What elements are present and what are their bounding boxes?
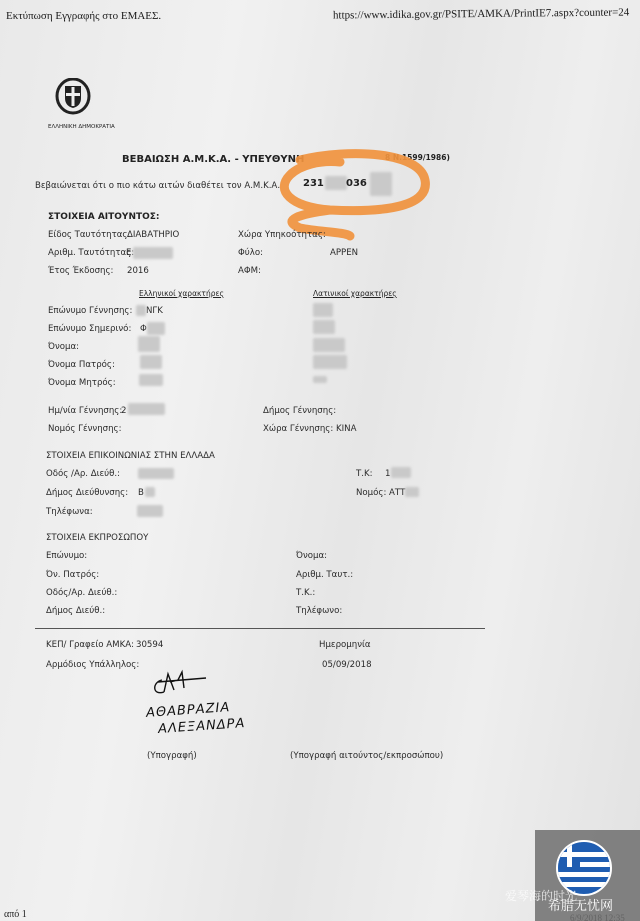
gender-value: ΑΡΡΕΝ — [330, 248, 358, 258]
document-title: ΒΕΒΑΙΩΣΗ Α.Μ.Κ.Α. - ΥΠΕΥΘΥΝΗ — [122, 154, 304, 165]
date-label: Ημερομηνία — [319, 640, 371, 650]
citizenship-label: Χώρα Υπηκοότητας: — [238, 230, 326, 240]
address-municipality-label: Δήμος Διεύθυνσης: — [46, 488, 128, 498]
first-name-label: Όνομα: — [48, 342, 79, 352]
rep-name-label: Όνομα: — [296, 551, 327, 561]
id-type-label: Είδος Ταυτότητας: — [48, 230, 130, 240]
issue-year-label: Έτος Έκδοσης: — [48, 266, 113, 276]
id-number-label: Αριθμ. Ταυτότητας: — [48, 248, 134, 258]
emblem-caption: ΕΛΛΗΝΙΚΗ ΔΗΜΟΚΡΑΤΙΑ — [48, 124, 115, 130]
id-number-value: E — [126, 248, 131, 258]
signature-label: (Υπογραφή) — [147, 751, 197, 761]
official-label: Αρμόδιος Υπάλληλος: — [46, 660, 139, 670]
amka-label: Βεβαιώνεται ότι ο πιο κάτω αιτών διαθέτε… — [35, 181, 280, 191]
birth-country-label: Χώρα Γέννησης: — [263, 424, 333, 434]
birth-surname-label: Επώνυμο Γέννησης: — [48, 306, 132, 316]
rep-postal-label: Τ.Κ.: — [296, 588, 315, 598]
representative-heading: ΣΤΟΙΧΕΙΑ ΕΚΠΡΟΣΩΠΟΥ — [46, 533, 148, 543]
postal-label: Τ.Κ: — [356, 469, 373, 479]
father-name-label: Όνομα Πατρός: — [48, 360, 115, 370]
print-header-url: https://www.idika.gov.gr/PSITE/AMKA/Prin… — [333, 6, 629, 21]
applicant-signature-label: (Υπογραφή αιτούντος/εκπροσώπου) — [290, 751, 443, 761]
address-municipality-value: Β — [138, 488, 144, 498]
postal-value: 1 — [385, 469, 390, 479]
rep-id-label: Αριθμ. Ταυτ.: — [296, 570, 353, 580]
watermark-text: 希腊无忧网 — [548, 895, 613, 914]
greek-chars-header: Ελληνικοί χαρακτήρες — [139, 289, 224, 298]
gender-label: Φύλο: — [238, 248, 263, 258]
amka-value-end: 036 — [346, 178, 367, 189]
current-surname-label: Επώνυμο Σημερινό: — [48, 324, 131, 334]
applicant-heading: ΣΤΟΙΧΕΙΑ ΑΙΤΟΥΝΤΟΣ: — [48, 212, 160, 222]
rep-street-label: Οδός/Αρ. Διεύθ.: — [46, 588, 117, 598]
rep-father-label: Όν. Πατρός: — [46, 570, 99, 580]
page-number: από 1 — [4, 909, 27, 920]
birth-prefecture-label: Νομός Γέννησης: — [48, 424, 122, 434]
birth-surname-greek: ΝΓΚ — [146, 306, 163, 316]
divider — [35, 628, 485, 629]
mother-name-label: Όνομα Μητρός: — [48, 378, 116, 388]
birth-country-value: ΚΙΝΑ — [336, 424, 356, 434]
address-prefecture-label: Νομός: — [356, 488, 386, 498]
id-type-value: ΔΙΑΒΑΤΗΡΙΟ — [127, 230, 179, 240]
current-surname-greek: Φ — [140, 324, 147, 334]
afm-label: ΑΦΜ: — [238, 266, 261, 276]
rep-phone-label: Τηλέφωνο: — [296, 606, 342, 616]
street-label: Οδός /Αρ. Διεύθ.: — [46, 469, 120, 479]
signature-scribble-icon — [150, 668, 210, 698]
greek-emblem-icon — [55, 78, 91, 118]
birth-date-label: Ημ/νία Γέννησης: — [48, 406, 122, 416]
phones-label: Τηλέφωνα: — [46, 507, 93, 517]
office-label: ΚΕΠ/ Γραφείο ΑΜΚΑ: — [46, 640, 134, 650]
birth-municipality-label: Δήμος Γέννησης: — [263, 406, 336, 416]
amka-value-start: 231 — [303, 178, 324, 189]
latin-chars-header: Λατινικοί χαρακτήρες — [313, 289, 397, 298]
print-header-left: Εκτύπωση Εγγραφής στο ΕΜΑΕΣ. — [6, 10, 161, 22]
date-value: 05/09/2018 — [322, 660, 372, 670]
rep-surname-label: Επώνυμο: — [46, 551, 87, 561]
office-value: 30594 — [136, 640, 163, 650]
birth-date-value: 2 — [121, 406, 126, 416]
issue-year-value: 2016 — [127, 266, 149, 276]
address-prefecture-value: ΑΤΤ — [389, 488, 405, 498]
rep-municipality-label: Δήμος Διεύθ.: — [46, 606, 105, 616]
contact-heading: ΣΤΟΙΧΕΙΑ ΕΠΙΚΟΙΝΩΝΙΑΣ ΣΤΗΝ ΕΛΛΑΔΑ — [46, 451, 215, 461]
document-title-suffix: 8 Ν.1599/1986) — [385, 153, 450, 162]
